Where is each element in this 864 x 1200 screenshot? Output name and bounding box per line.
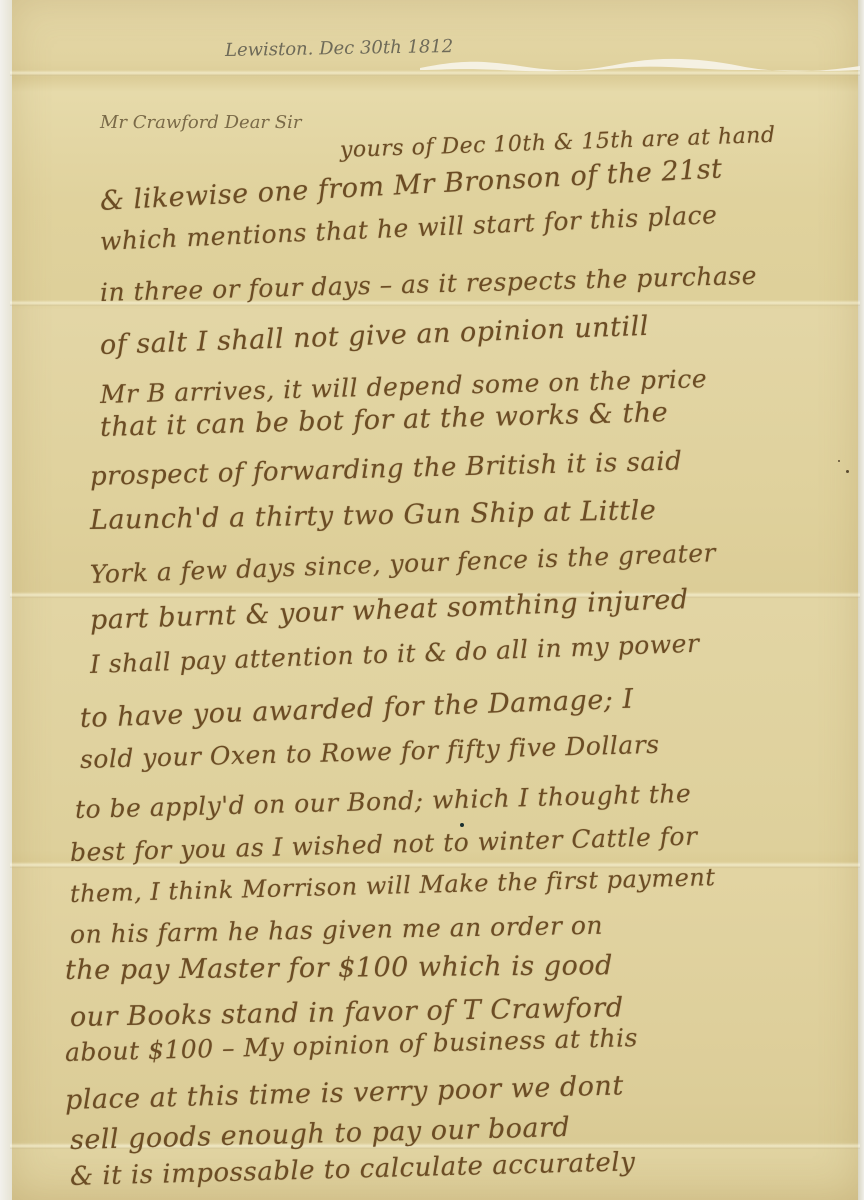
letter-salutation: Mr Crawford Dear Sir: [100, 112, 301, 133]
letter-line: in three or four days – as it respects t…: [100, 261, 758, 307]
letter-line: to be apply'd on our Bond; which I thoug…: [75, 779, 692, 824]
letter-line: them, I think Morrison will Make the fir…: [70, 863, 716, 908]
letter-line: I shall pay attention to it & do all in …: [89, 629, 699, 679]
letter-line: on his farm he has given me an order on: [70, 911, 604, 949]
letter-line: of salt I shall not give an opinion unti…: [99, 311, 649, 361]
ink-speck: [846, 470, 849, 473]
letter-line: York a few days since, your fence is the…: [89, 538, 716, 589]
letter-line: & it is impossable to calculate accurate…: [70, 1147, 636, 1192]
letter-line: to have you awarded for the Damage; I: [79, 684, 634, 734]
ink-speck: [460, 823, 464, 827]
letter-line: sold your Oxen to Rowe for fifty five Do…: [80, 730, 660, 774]
letter-line: sell goods enough to pay our board: [70, 1112, 571, 1156]
letter-line: Launch'd a thirty two Gun Ship at Little: [90, 495, 657, 536]
letter-line: the pay Master for $100 which is good: [65, 950, 613, 986]
ink-speck: [838, 460, 840, 462]
letter-line: place at this time is verry poor we dont: [65, 1070, 625, 1116]
letter-line: part burnt & your wheat somthing injured: [89, 584, 689, 636]
letter-body: Lewiston. Dec 30th 1812 Mr Crawford Dear…: [0, 0, 864, 1200]
letter-line: prospect of forwarding the British it is…: [90, 446, 683, 491]
letter-line: best for you as I wished not to winter C…: [70, 822, 698, 867]
letter-heading: Lewiston. Dec 30th 1812: [225, 36, 454, 61]
